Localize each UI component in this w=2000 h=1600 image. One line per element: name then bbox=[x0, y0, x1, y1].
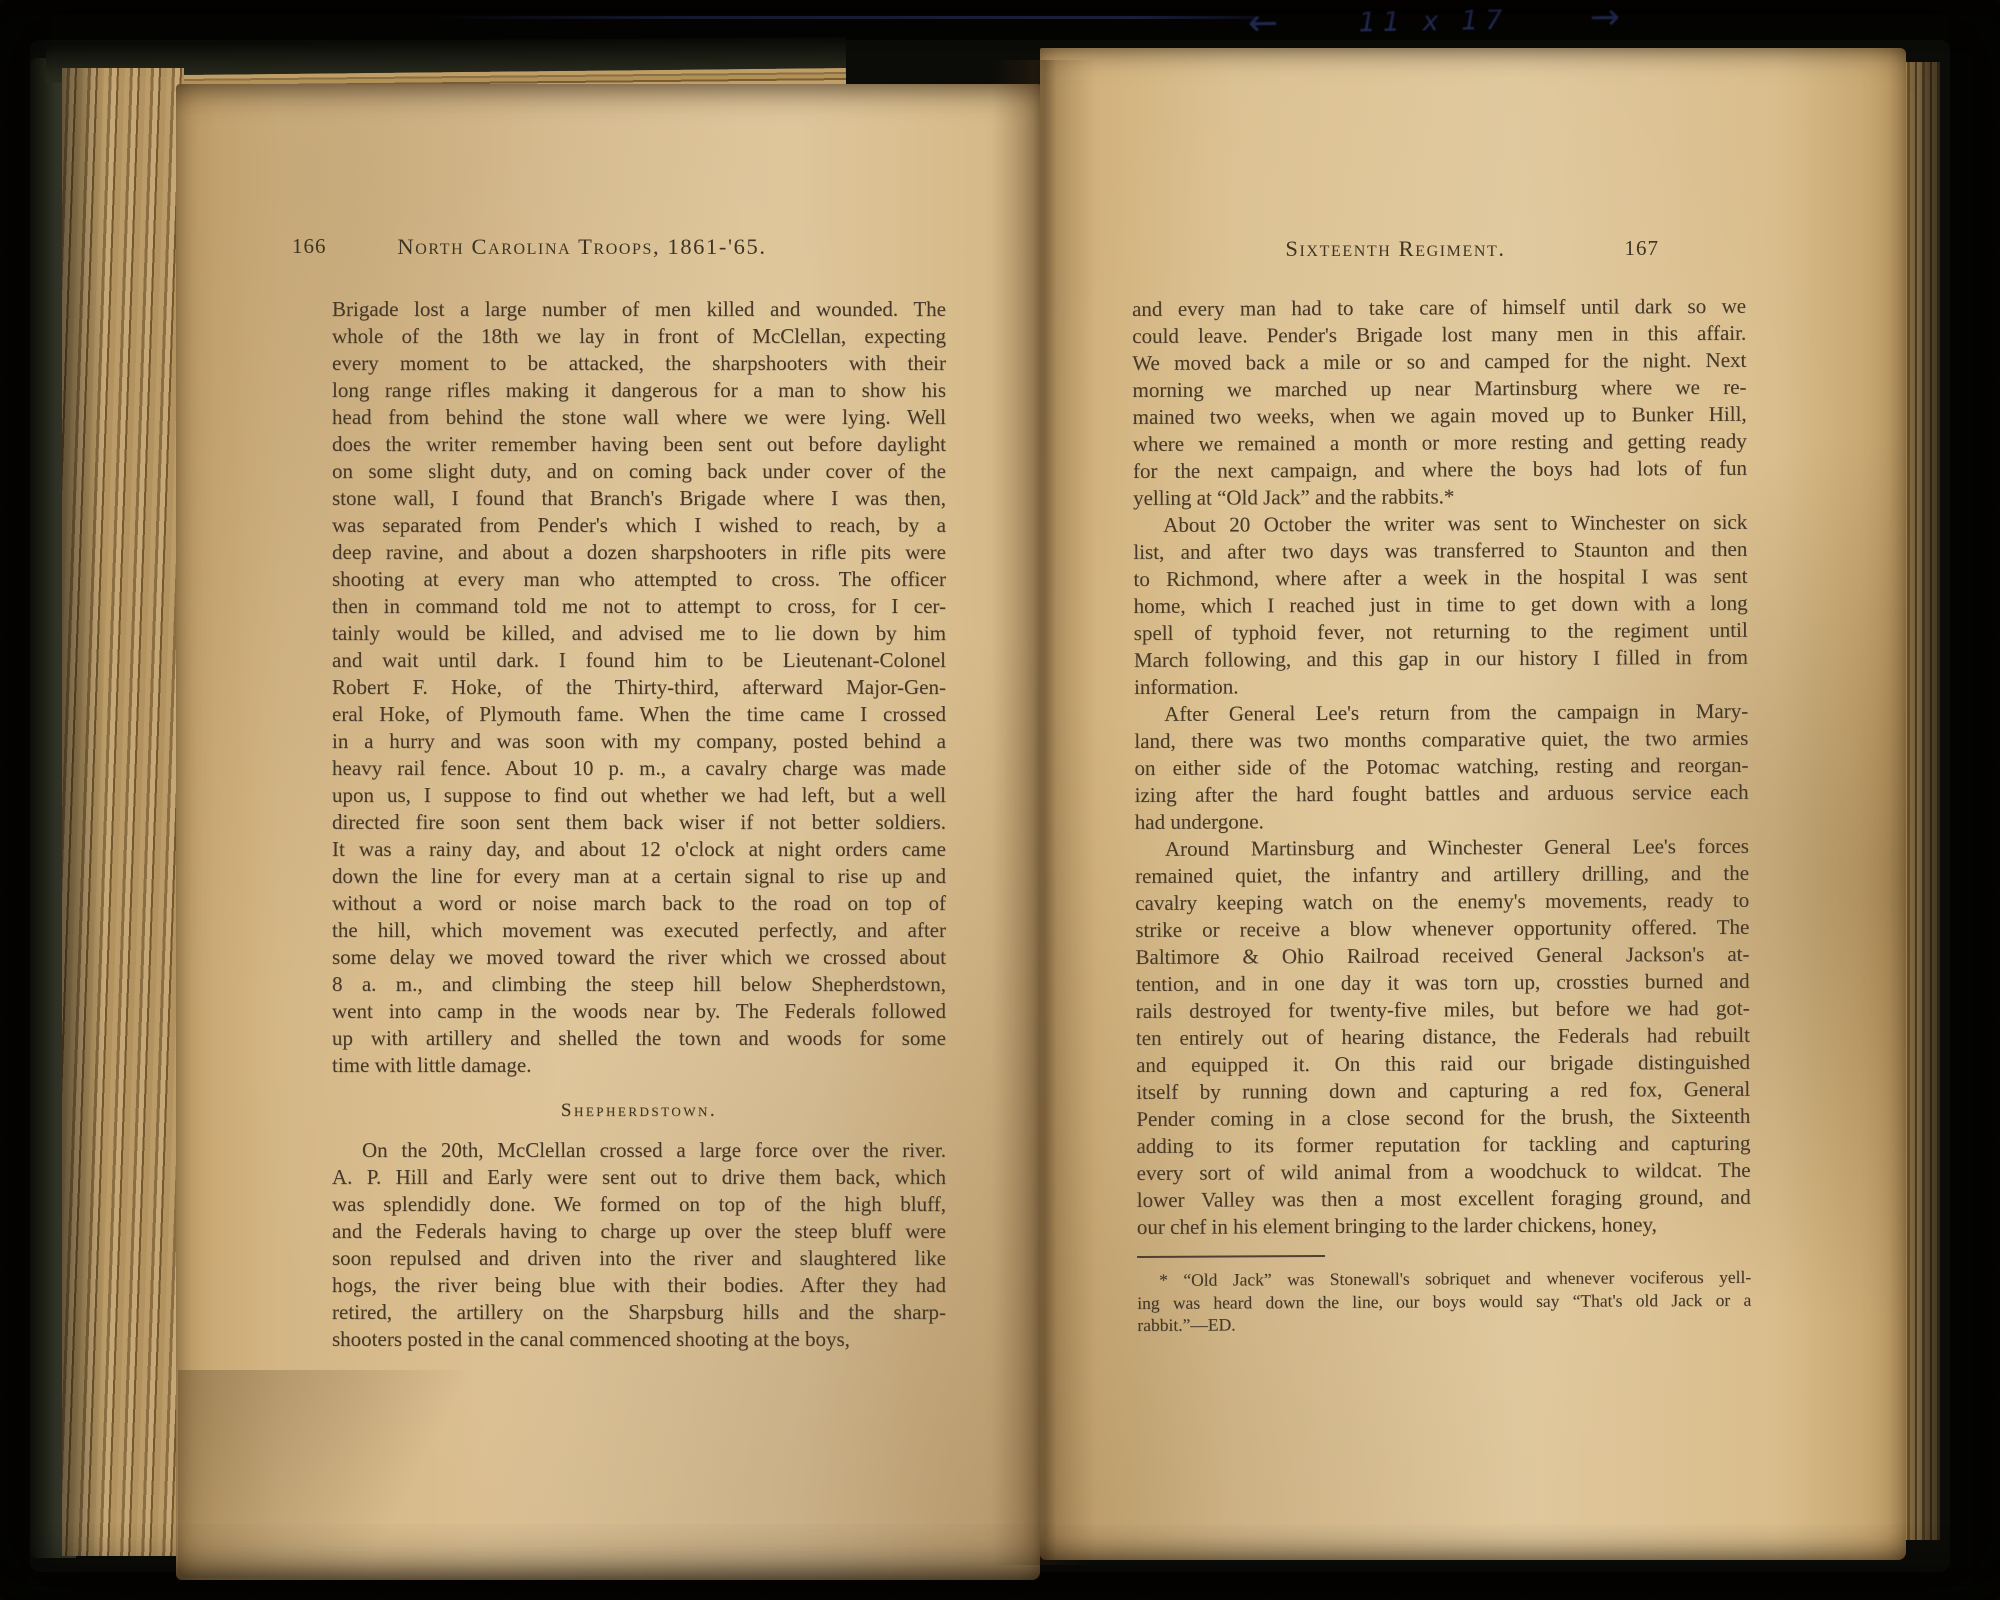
text-line: tention, and in one day it was torn up, … bbox=[1136, 968, 1750, 998]
text-line: Baltimore & Ohio Railroad received Gener… bbox=[1135, 941, 1749, 971]
text-line: on either side of the Potomac watching, … bbox=[1134, 752, 1748, 782]
left-running-header: 166 North Carolina Troops, 1861-'65. bbox=[292, 234, 872, 264]
text-line: home, which I reached just in time to ge… bbox=[1134, 590, 1748, 620]
text-line: shooting at every man who attempted to c… bbox=[332, 566, 946, 593]
text-line: spell of typhoid fever, not returning to… bbox=[1134, 617, 1748, 647]
left-page-stack bbox=[62, 68, 184, 1556]
text-line: and the Federals having to charge up ove… bbox=[332, 1218, 946, 1245]
text-line: deep ravine, and about a dozen sharpshoo… bbox=[332, 539, 946, 566]
text-line: then in command told me not to attempt t… bbox=[332, 593, 946, 620]
text-line: soon repulsed and driven into the river … bbox=[332, 1245, 946, 1272]
text-line: for the next campaign, and where the boy… bbox=[1133, 455, 1747, 485]
text-line: down the line for every man at a certain… bbox=[332, 863, 946, 890]
text-line: information. bbox=[1134, 671, 1748, 701]
text-line: and equipped it. On this raid our brigad… bbox=[1136, 1049, 1750, 1079]
text-line: our chef in his element bringing to the … bbox=[1137, 1211, 1751, 1241]
running-title-right: Sixteenth Regiment. bbox=[1202, 236, 1589, 262]
text-line: to Richmond, where after a week in the h… bbox=[1133, 563, 1747, 593]
text-line: the hill, which movement was executed pe… bbox=[332, 917, 946, 944]
paragraph: Around Martinsburg and Winchester Genera… bbox=[1135, 833, 1751, 1241]
footnote-line: * “Old Jack” was Stonewall's sobriquet a… bbox=[1137, 1266, 1751, 1292]
text-line: Pender coming in a close second for the … bbox=[1136, 1103, 1750, 1133]
text-line: up with artillery and shelled the town a… bbox=[332, 1025, 946, 1052]
text-line: cavalry keeping watch on the enemy's mov… bbox=[1135, 887, 1749, 917]
text-line: mained two weeks, when we again moved up… bbox=[1133, 401, 1747, 431]
text-line: retired, the artillery on the Sharpsburg… bbox=[332, 1299, 946, 1326]
text-line: hogs, the river being blue with their bo… bbox=[332, 1272, 946, 1299]
text-line: About 20 October the writer was sent to … bbox=[1133, 509, 1747, 539]
text-line: in a hurry and was soon with my company,… bbox=[332, 728, 946, 755]
text-line: rails destroyed for twenty-five miles, b… bbox=[1136, 995, 1750, 1025]
page-number-right: 167 bbox=[1625, 236, 1660, 261]
footnote-rule bbox=[1137, 1255, 1325, 1258]
text-line: time with little damage. bbox=[332, 1052, 946, 1079]
left-arrow-icon: ← bbox=[1248, 6, 1279, 43]
text-line: shooters posted in the canal commenced s… bbox=[332, 1326, 946, 1353]
paragraph: and every man had to take care of himsel… bbox=[1132, 293, 1747, 512]
text-line: went into camp in the woods near by. The… bbox=[332, 998, 946, 1025]
text-line: On the 20th, McClellan crossed a large f… bbox=[332, 1137, 946, 1164]
paragraph: Brigade lost a large number of men kille… bbox=[332, 296, 946, 1079]
text-line: list, and after two days was transferred… bbox=[1133, 536, 1747, 566]
text-line: and wait until dark. I found him to be L… bbox=[332, 647, 946, 674]
text-line: directed fire soon sent them back wiser … bbox=[332, 809, 946, 836]
text-line: remained quiet, the infantry and artille… bbox=[1135, 860, 1749, 890]
text-line: whole of the 18th we lay in front of McC… bbox=[332, 323, 946, 350]
text-line: without a word or noise march back to th… bbox=[332, 890, 946, 917]
text-line: stone wall, I found that Branch's Brigad… bbox=[332, 485, 946, 512]
text-line: had undergone. bbox=[1135, 806, 1749, 836]
text-line: some delay we moved toward the river whi… bbox=[332, 944, 946, 971]
text-line: Around Martinsburg and Winchester Genera… bbox=[1135, 833, 1749, 863]
paragraph: On the 20th, McClellan crossed a large f… bbox=[332, 1137, 946, 1353]
left-page-body: Brigade lost a large number of men kille… bbox=[332, 296, 946, 1353]
right-page-body: and every man had to take care of himsel… bbox=[1132, 293, 1751, 1337]
footnote-line: ing was heard down the line, our boys wo… bbox=[1137, 1288, 1751, 1314]
text-line: could leave. Pender's Brigade lost many … bbox=[1132, 320, 1746, 350]
text-line: every moment to be attacked, the sharpsh… bbox=[332, 350, 946, 377]
footnote-line: rabbit.”—ED. bbox=[1137, 1311, 1751, 1337]
annotation-text: 11 x 17 bbox=[1358, 4, 1509, 38]
text-line: heavy rail fence. About 10 p. m., a cava… bbox=[332, 755, 946, 782]
corner-shadow bbox=[178, 1370, 578, 1578]
text-line: yelling at “Old Jack” and the rabbits.* bbox=[1133, 482, 1747, 512]
text-line: tainly would be killed, and advised me t… bbox=[332, 620, 946, 647]
text-line: Robert F. Hoke, of the Thirty-third, aft… bbox=[332, 674, 946, 701]
right-running-header: Sixteenth Regiment. 167 bbox=[1132, 236, 1659, 266]
paragraph: After General Lee's return from the camp… bbox=[1134, 698, 1749, 836]
section-heading: Shepherdstown. bbox=[332, 1097, 946, 1124]
text-line: After General Lee's return from the camp… bbox=[1134, 698, 1748, 728]
text-line: morning we marched up near Martinsburg w… bbox=[1132, 374, 1746, 404]
footnote-lines: * “Old Jack” was Stonewall's sobriquet a… bbox=[1137, 1266, 1751, 1337]
paragraph: About 20 October the writer was sent to … bbox=[1133, 509, 1748, 701]
text-line: long range rifles making it dangerous fo… bbox=[332, 377, 946, 404]
running-title-left: North Carolina Troops, 1861-'65. bbox=[352, 234, 812, 260]
text-line: lower Valley was then a most excellent f… bbox=[1137, 1184, 1751, 1214]
scanned-book-spread: ← 11 x 17 → 166 North Carolina Troops, 1… bbox=[0, 0, 2000, 1600]
text-line: on some slight duty, and on coming back … bbox=[332, 458, 946, 485]
text-line: land, there was two months comparative q… bbox=[1134, 725, 1748, 755]
text-line: izing after the hard fought battles and … bbox=[1135, 779, 1749, 809]
text-line: and every man had to take care of himsel… bbox=[1132, 293, 1746, 323]
text-line: ten entirely out of hearing distance, th… bbox=[1136, 1022, 1750, 1052]
page-number-left: 166 bbox=[292, 234, 327, 259]
text-line: A. P. Hill and Early were sent out to dr… bbox=[332, 1164, 946, 1191]
text-line: We moved back a mile or so and camped fo… bbox=[1132, 347, 1746, 377]
text-line: every sort of wild animal from a woodchu… bbox=[1137, 1157, 1751, 1187]
text-line: head from behind the stone wall where we… bbox=[332, 404, 946, 431]
text-line: itself by running down and capturing a r… bbox=[1136, 1076, 1750, 1106]
gutter-shadow bbox=[992, 60, 1096, 1565]
text-line: upon us, I suppose to find out whether w… bbox=[332, 782, 946, 809]
text-line: does the writer remember having been sen… bbox=[332, 431, 946, 458]
right-page-paragraphs: and every man had to take care of himsel… bbox=[1132, 293, 1751, 1241]
text-line: was splendidly done. We formed on top of… bbox=[332, 1191, 946, 1218]
footnote: * “Old Jack” was Stonewall's sobriquet a… bbox=[1137, 1253, 1751, 1337]
text-line: adding to its former reputation for tack… bbox=[1136, 1130, 1750, 1160]
text-line: March following, and this gap in our his… bbox=[1134, 644, 1748, 674]
text-line: Brigade lost a large number of men kille… bbox=[332, 296, 946, 323]
text-line: was separated from Pender's which I wish… bbox=[332, 512, 946, 539]
right-arrow-icon: → bbox=[1589, 0, 1620, 36]
scanner-annotation: ← 11 x 17 → bbox=[1248, 0, 1621, 44]
scanner-artifact-line bbox=[430, 16, 1260, 19]
text-line: strike or receive a blow whenever opport… bbox=[1135, 914, 1749, 944]
right-page-stack bbox=[1902, 62, 1940, 1540]
text-line: It was a rainy day, and about 12 o'clock… bbox=[332, 836, 946, 863]
text-line: where we remained a month or more restin… bbox=[1133, 428, 1747, 458]
text-line: eral Hoke, of Plymouth fame. When the ti… bbox=[332, 701, 946, 728]
text-line: 8 a. m., and climbing the steep hill bel… bbox=[332, 971, 946, 998]
